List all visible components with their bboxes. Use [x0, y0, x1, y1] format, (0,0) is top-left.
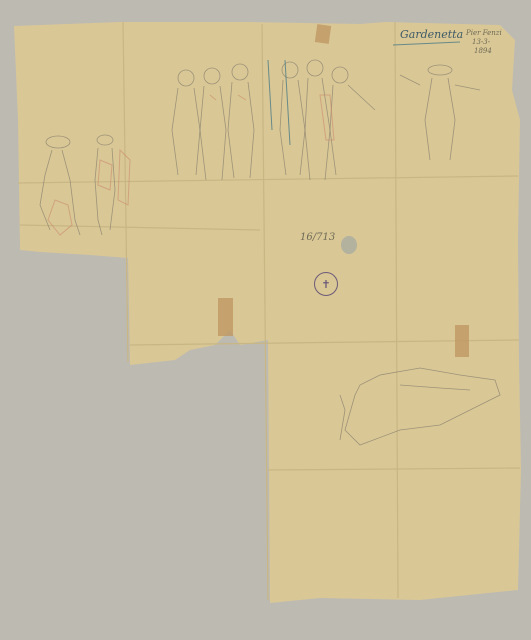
- note-line-1: Pier Fenzi: [466, 29, 502, 37]
- scanned-drawing: Gardenetta Pier Fenzi 13-3- 1894 16/713 …: [0, 0, 531, 640]
- cross-icon: ✝: [321, 278, 330, 291]
- blue-smudge: [341, 236, 357, 254]
- signature-text: Gardenetta: [400, 28, 463, 41]
- archive-stamp: ✝: [314, 272, 338, 296]
- note-line-3: 1894: [474, 47, 492, 55]
- paper-sheet: [0, 0, 531, 640]
- inventory-number: 16/713: [300, 232, 335, 243]
- note-line-2: 13-3-: [472, 38, 490, 46]
